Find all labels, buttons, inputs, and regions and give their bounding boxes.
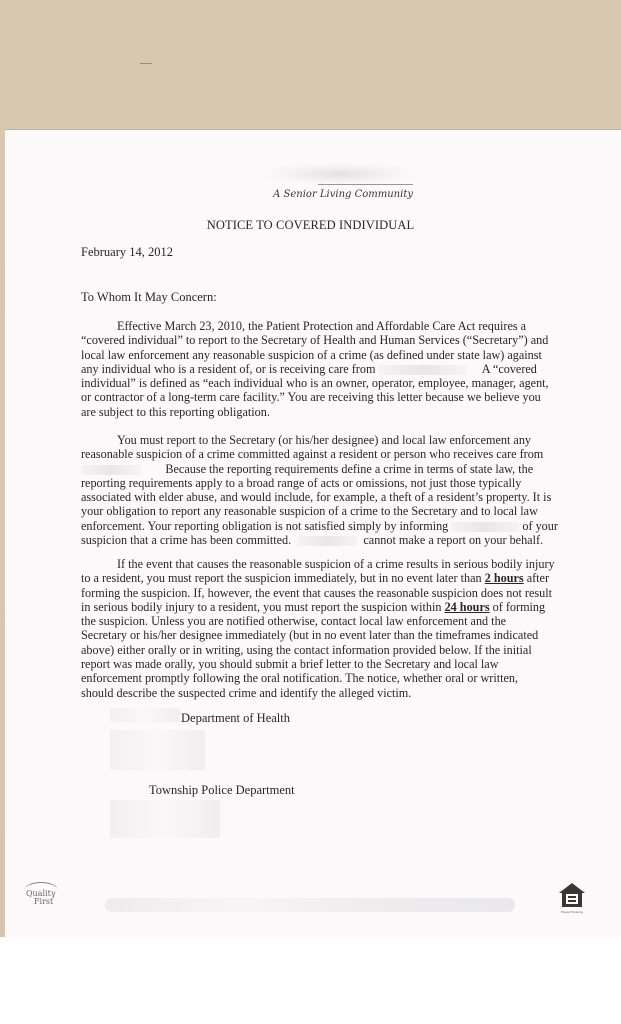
house-icon	[558, 882, 586, 909]
document-title: NOTICE TO COVERED INDIVIDUAL	[0, 218, 621, 233]
text-line: associated with elder abuse, and would i…	[81, 490, 601, 504]
redacted-facility-name	[379, 365, 467, 375]
redacted-contact-prefix	[110, 708, 180, 722]
text-line: to a resident, you must report the suspi…	[81, 571, 601, 585]
text-line: local law enforcement any reasonable sus…	[81, 348, 601, 362]
quality-first-logo: Qualitγ First	[22, 882, 62, 912]
text-fragment: after	[527, 571, 549, 585]
letterhead-tagline: A Senior Living Community	[0, 189, 413, 200]
redacted-footer-address	[105, 898, 515, 912]
text-fragment: any individual who is a resident of, or …	[81, 362, 375, 376]
contact-department-of-health: Department of Health	[181, 711, 290, 726]
text-fragment: Because the reporting requirements defin…	[165, 462, 533, 476]
text-fragment: cannot make a report on your behalf.	[363, 533, 543, 547]
text-line: If the event that causes the reasonable …	[81, 557, 601, 571]
text-line: reporting requirements apply to a broad …	[81, 476, 601, 490]
text-fragment: of your	[522, 519, 558, 533]
text-line: Effective March 23, 2010, the Patient Pr…	[81, 319, 601, 333]
scanner-mark	[140, 63, 152, 64]
text-line: enforcement promptly following the oral …	[81, 671, 601, 685]
text-line: enforcement. Your reporting obligation i…	[81, 519, 601, 533]
text-fragment: of forming	[493, 600, 545, 614]
text-line: your obligation to report any reasonable…	[81, 504, 601, 518]
redacted-facility-name	[451, 522, 519, 532]
text-line: “covered individual” to report to the Se…	[81, 333, 601, 347]
text-fragment: to a resident, you must report the suspi…	[81, 571, 482, 585]
text-fragment: enforcement. Your reporting obligation i…	[81, 519, 448, 533]
equal-housing-opportunity-icon: Equal Housing	[558, 882, 586, 912]
redacted-facility-name	[297, 536, 357, 546]
text-line: You must report to the Secretary (or his…	[81, 433, 601, 447]
text-line: the suspicion. Unless you are notified o…	[81, 614, 601, 628]
deadline-2-hours: 2 hours	[485, 571, 524, 585]
redacted-contact-details	[110, 730, 205, 770]
text-fragment: A “covered	[482, 362, 537, 376]
text-line: or contractor of a long-term care facili…	[81, 390, 601, 404]
text-line: individual” is defined as “each individu…	[81, 376, 601, 390]
contact-township-police: Township Police Department	[149, 783, 295, 798]
text-line: should describe the suspected crime and …	[81, 686, 601, 700]
logo-caption: Equal Housing	[558, 910, 586, 914]
text-line: Because the reporting requirements defin…	[81, 462, 601, 476]
redacted-facility-name	[81, 465, 141, 475]
text-line: any individual who is a resident of, or …	[81, 362, 601, 376]
redacted-contact-details	[110, 800, 220, 838]
text-line: above) either orally or in writing, usin…	[81, 643, 601, 657]
text-line: forming the suspicion. If, however, the …	[81, 586, 601, 600]
text-line: Secretary or his/her designee immediatel…	[81, 628, 601, 642]
redacted-letterhead-logo	[265, 163, 415, 185]
text-line: reasonable suspicion of a crime committe…	[81, 447, 601, 461]
text-line: report was made orally, you should submi…	[81, 657, 601, 671]
paragraph-reporting-obligation: You must report to the Secretary (or his…	[81, 433, 601, 547]
text-line: are subject to this reporting obligation…	[81, 405, 601, 419]
logo-text: First	[34, 898, 53, 906]
letter-date: February 14, 2012	[81, 245, 173, 260]
text-line: in serious bodily injury to a resident, …	[81, 600, 601, 614]
salutation: To Whom It May Concern:	[81, 290, 217, 305]
paragraph-covered-individual: Effective March 23, 2010, the Patient Pr…	[81, 319, 601, 419]
text-line: suspicion that a crime has been committe…	[81, 533, 601, 547]
text-fragment: suspicion that a crime has been committe…	[81, 533, 291, 547]
letterhead-rule	[318, 184, 413, 185]
paragraph-reporting-deadlines: If the event that causes the reasonable …	[81, 557, 601, 700]
deadline-24-hours: 24 hours	[445, 600, 490, 614]
text-fragment: in serious bodily injury to a resident, …	[81, 600, 442, 614]
